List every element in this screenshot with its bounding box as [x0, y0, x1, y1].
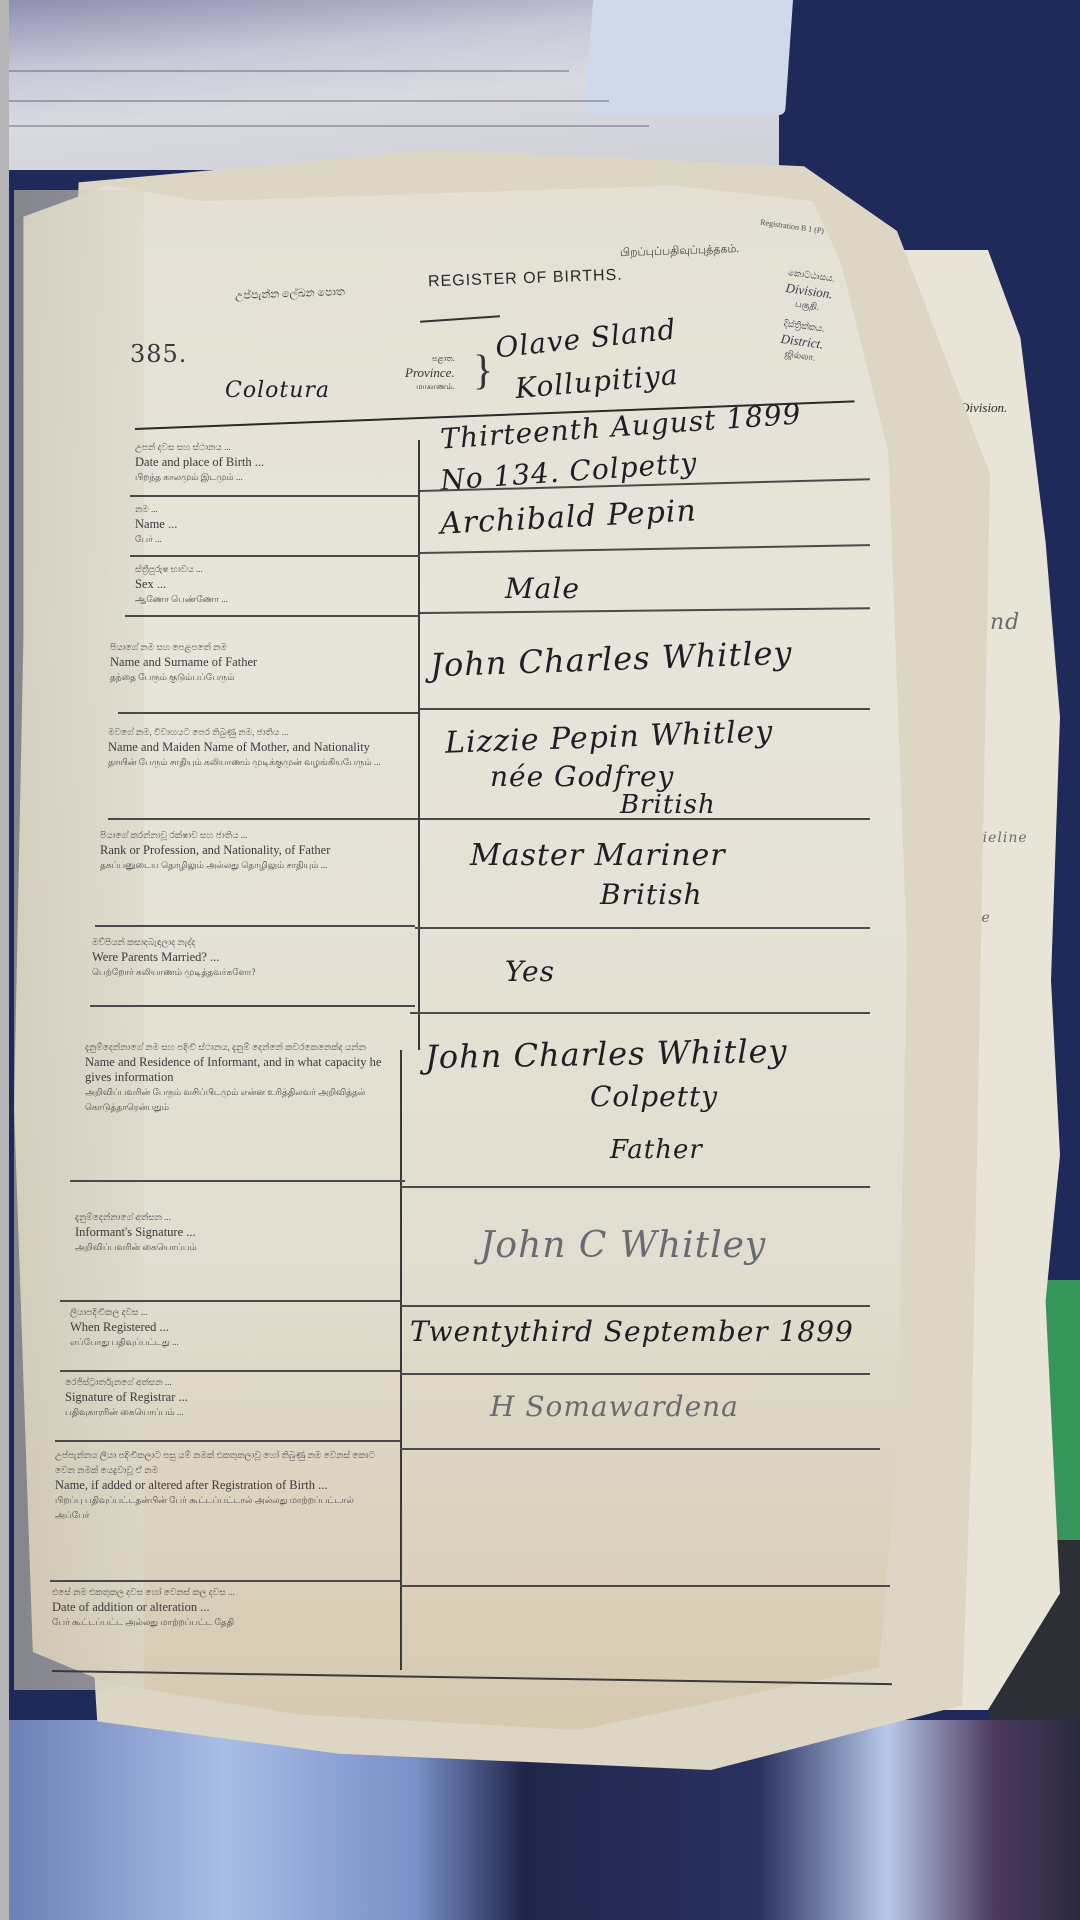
label-informant-signature: දැනුම්දෙන්නාගේ අත්සන ... Informant's Sig…: [75, 1210, 395, 1255]
province-label: Province.: [405, 366, 455, 380]
label-when-registered: ලියාපදිංචිකල දවස ... When Registered ...…: [70, 1305, 390, 1350]
side-fragment-text: nd: [990, 610, 1020, 635]
value-mother-nationality: British: [620, 790, 716, 820]
stacked-papers-top: [9, 0, 779, 170]
brace: }: [473, 350, 493, 392]
row-divider: [70, 1180, 405, 1182]
row-divider: [420, 708, 870, 710]
value-sex: Male: [505, 572, 580, 605]
row-divider: [400, 1305, 870, 1307]
label-date-place-of-birth: උපන් දවස සහ ස්ථානය ... Date and place of…: [135, 440, 405, 485]
label-father-profession: පියාගේ කරන්නාවූ රක්ෂාව සහ ජාතිය ... Rank…: [100, 828, 410, 873]
row-divider: [60, 1300, 400, 1302]
label-date-of-alteration: එසේ නම එකතුකල දවස හෝ වෙනස් කල දවස ... Da…: [52, 1585, 382, 1630]
label-name-altered: උප්පැන්නය ලියා පදිංචිකලාට පසු යම් නමක් එ…: [55, 1448, 390, 1523]
row-divider: [420, 818, 870, 820]
value-informant-name: John Charles Whitley: [425, 1032, 788, 1076]
row-divider: [60, 1370, 400, 1372]
value-father-nationality: British: [600, 878, 703, 911]
row-divider: [400, 1448, 880, 1450]
column-divider: [418, 440, 420, 1050]
column-divider: [400, 1050, 402, 1670]
row-divider: [400, 1186, 870, 1188]
province-label-block: පළාත. Province. மாகாணம்.: [405, 352, 455, 394]
label-name: නම ... Name ... பேர் ...: [135, 502, 405, 547]
row-divider: [125, 615, 420, 617]
row-divider: [130, 495, 420, 497]
row-divider: [400, 1585, 890, 1587]
side-fragment-text: Jieline: [976, 830, 1028, 846]
label-registrar-signature: රෙජිස්ට්‍රාර්තැනගේ අත්සන ... Signature o…: [65, 1375, 385, 1420]
row-divider: [55, 1440, 400, 1442]
paper-edge-line: [9, 100, 609, 102]
row-divider: [130, 555, 420, 557]
row-divider: [415, 927, 870, 929]
value-registration-date: Twentythird September 1899: [410, 1315, 854, 1348]
value-father-profession: Master Mariner: [470, 838, 726, 873]
entry-number: 385.: [130, 340, 187, 368]
province-tamil: மாகாணம்.: [405, 380, 455, 394]
row-divider: [95, 925, 415, 927]
row-divider: [108, 818, 418, 820]
photo-border: [0, 0, 9, 1920]
value-parents-married: Yes: [505, 955, 555, 988]
value-mother-maiden-name: née Godfrey: [490, 760, 674, 793]
label-father-name: පියාගේ නම සහ පෙළපතේ නම Name and Surname …: [110, 640, 410, 685]
row-divider: [50, 1580, 400, 1582]
row-divider: [90, 1005, 415, 1007]
label-parents-married: මව්පියන් කසාදබැඳලාද නැද්ද Were Parents M…: [92, 935, 412, 980]
paper-edge-line: [9, 125, 649, 127]
side-fragment-text: Division.: [960, 400, 1007, 416]
label-sex: ස්ත්‍රීපුරුෂ භාවය ... Sex ... ஆணோ பெண்ணோ…: [135, 562, 405, 607]
row-divider: [410, 1012, 870, 1014]
value-informant-capacity: Father: [610, 1135, 703, 1165]
province-sinhala: පළාත.: [405, 352, 455, 366]
value-registrar-signature: H Somawardena: [490, 1390, 739, 1423]
paper-edge-line: [9, 70, 569, 72]
row-divider: [118, 712, 418, 714]
value-informant-residence: Colpetty: [590, 1080, 718, 1113]
folded-paper-corner: [585, 0, 793, 115]
place-handwritten: Colotura: [225, 378, 330, 403]
label-informant: දැනුම්දෙන්නාගේ නම සහ පදිංචි ස්ථානය, දැනු…: [85, 1040, 395, 1115]
label-mother-name: මවගේ නම, විවාහයට පෙර තිබුණු නම, ජාතිය ..…: [108, 725, 413, 770]
value-informant-signature: John C Whitley: [480, 1225, 766, 1266]
row-divider: [400, 1373, 870, 1375]
